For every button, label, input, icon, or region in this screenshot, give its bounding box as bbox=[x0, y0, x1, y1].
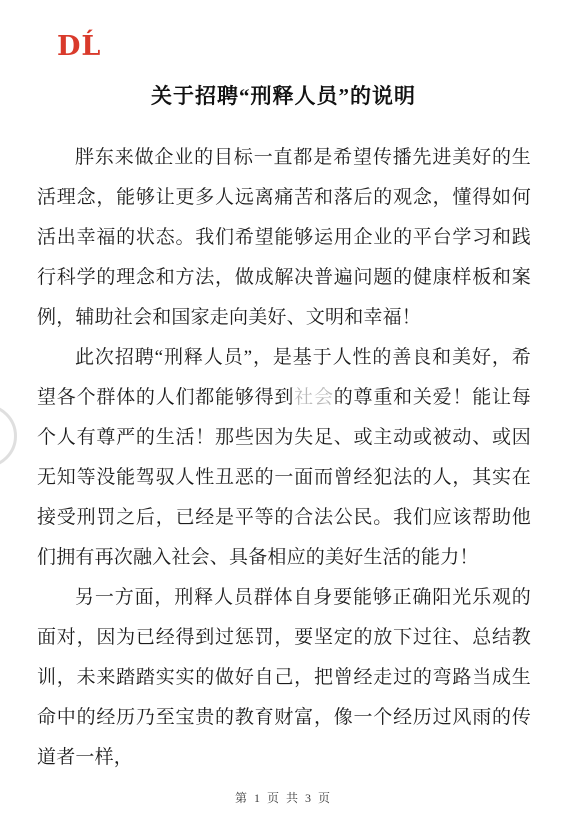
watermark-arc bbox=[0, 404, 17, 468]
paragraph-2-faded-text: 社会 bbox=[294, 387, 334, 408]
page-number-footer: 第 1 页 共 3 页 bbox=[0, 789, 567, 806]
paragraph-3-text: 另一方面，刑释人员群体自身要能够正确阳光乐观的面对，因为已经得到过惩罚，要坚定的… bbox=[37, 587, 531, 768]
brand-logo: DĹ bbox=[57, 33, 101, 60]
document-title: 关于招聘“刑释人员”的说明 bbox=[0, 80, 567, 110]
paragraph-1: 胖东来做企业的目标一直都是希望传播先进美好的生活理念，能够让更多人远离痛苦和落后… bbox=[37, 138, 531, 338]
paragraph-3: 另一方面，刑释人员群体自身要能够正确阳光乐观的面对，因为已经得到过惩罚，要坚定的… bbox=[37, 578, 531, 778]
document-body: 胖东来做企业的目标一直都是希望传播先进美好的生活理念，能够让更多人远离痛苦和落后… bbox=[37, 138, 531, 778]
paragraph-1-text: 胖东来做企业的目标一直都是希望传播先进美好的生活理念，能够让更多人远离痛苦和落后… bbox=[37, 147, 531, 328]
document-page: DĹ 关于招聘“刑释人员”的说明 胖东来做企业的目标一直都是希望传播先进美好的生… bbox=[0, 0, 567, 818]
paragraph-2-rest: 的尊重和关爱！能让每个人有尊严的生活！那些因为失足、或主动或被动、或因无知等没能… bbox=[37, 387, 531, 568]
paragraph-2: 此次招聘“刑释人员”，是基于人性的善良和美好，希望各个群体的人们都能够得到社会的… bbox=[37, 338, 531, 578]
